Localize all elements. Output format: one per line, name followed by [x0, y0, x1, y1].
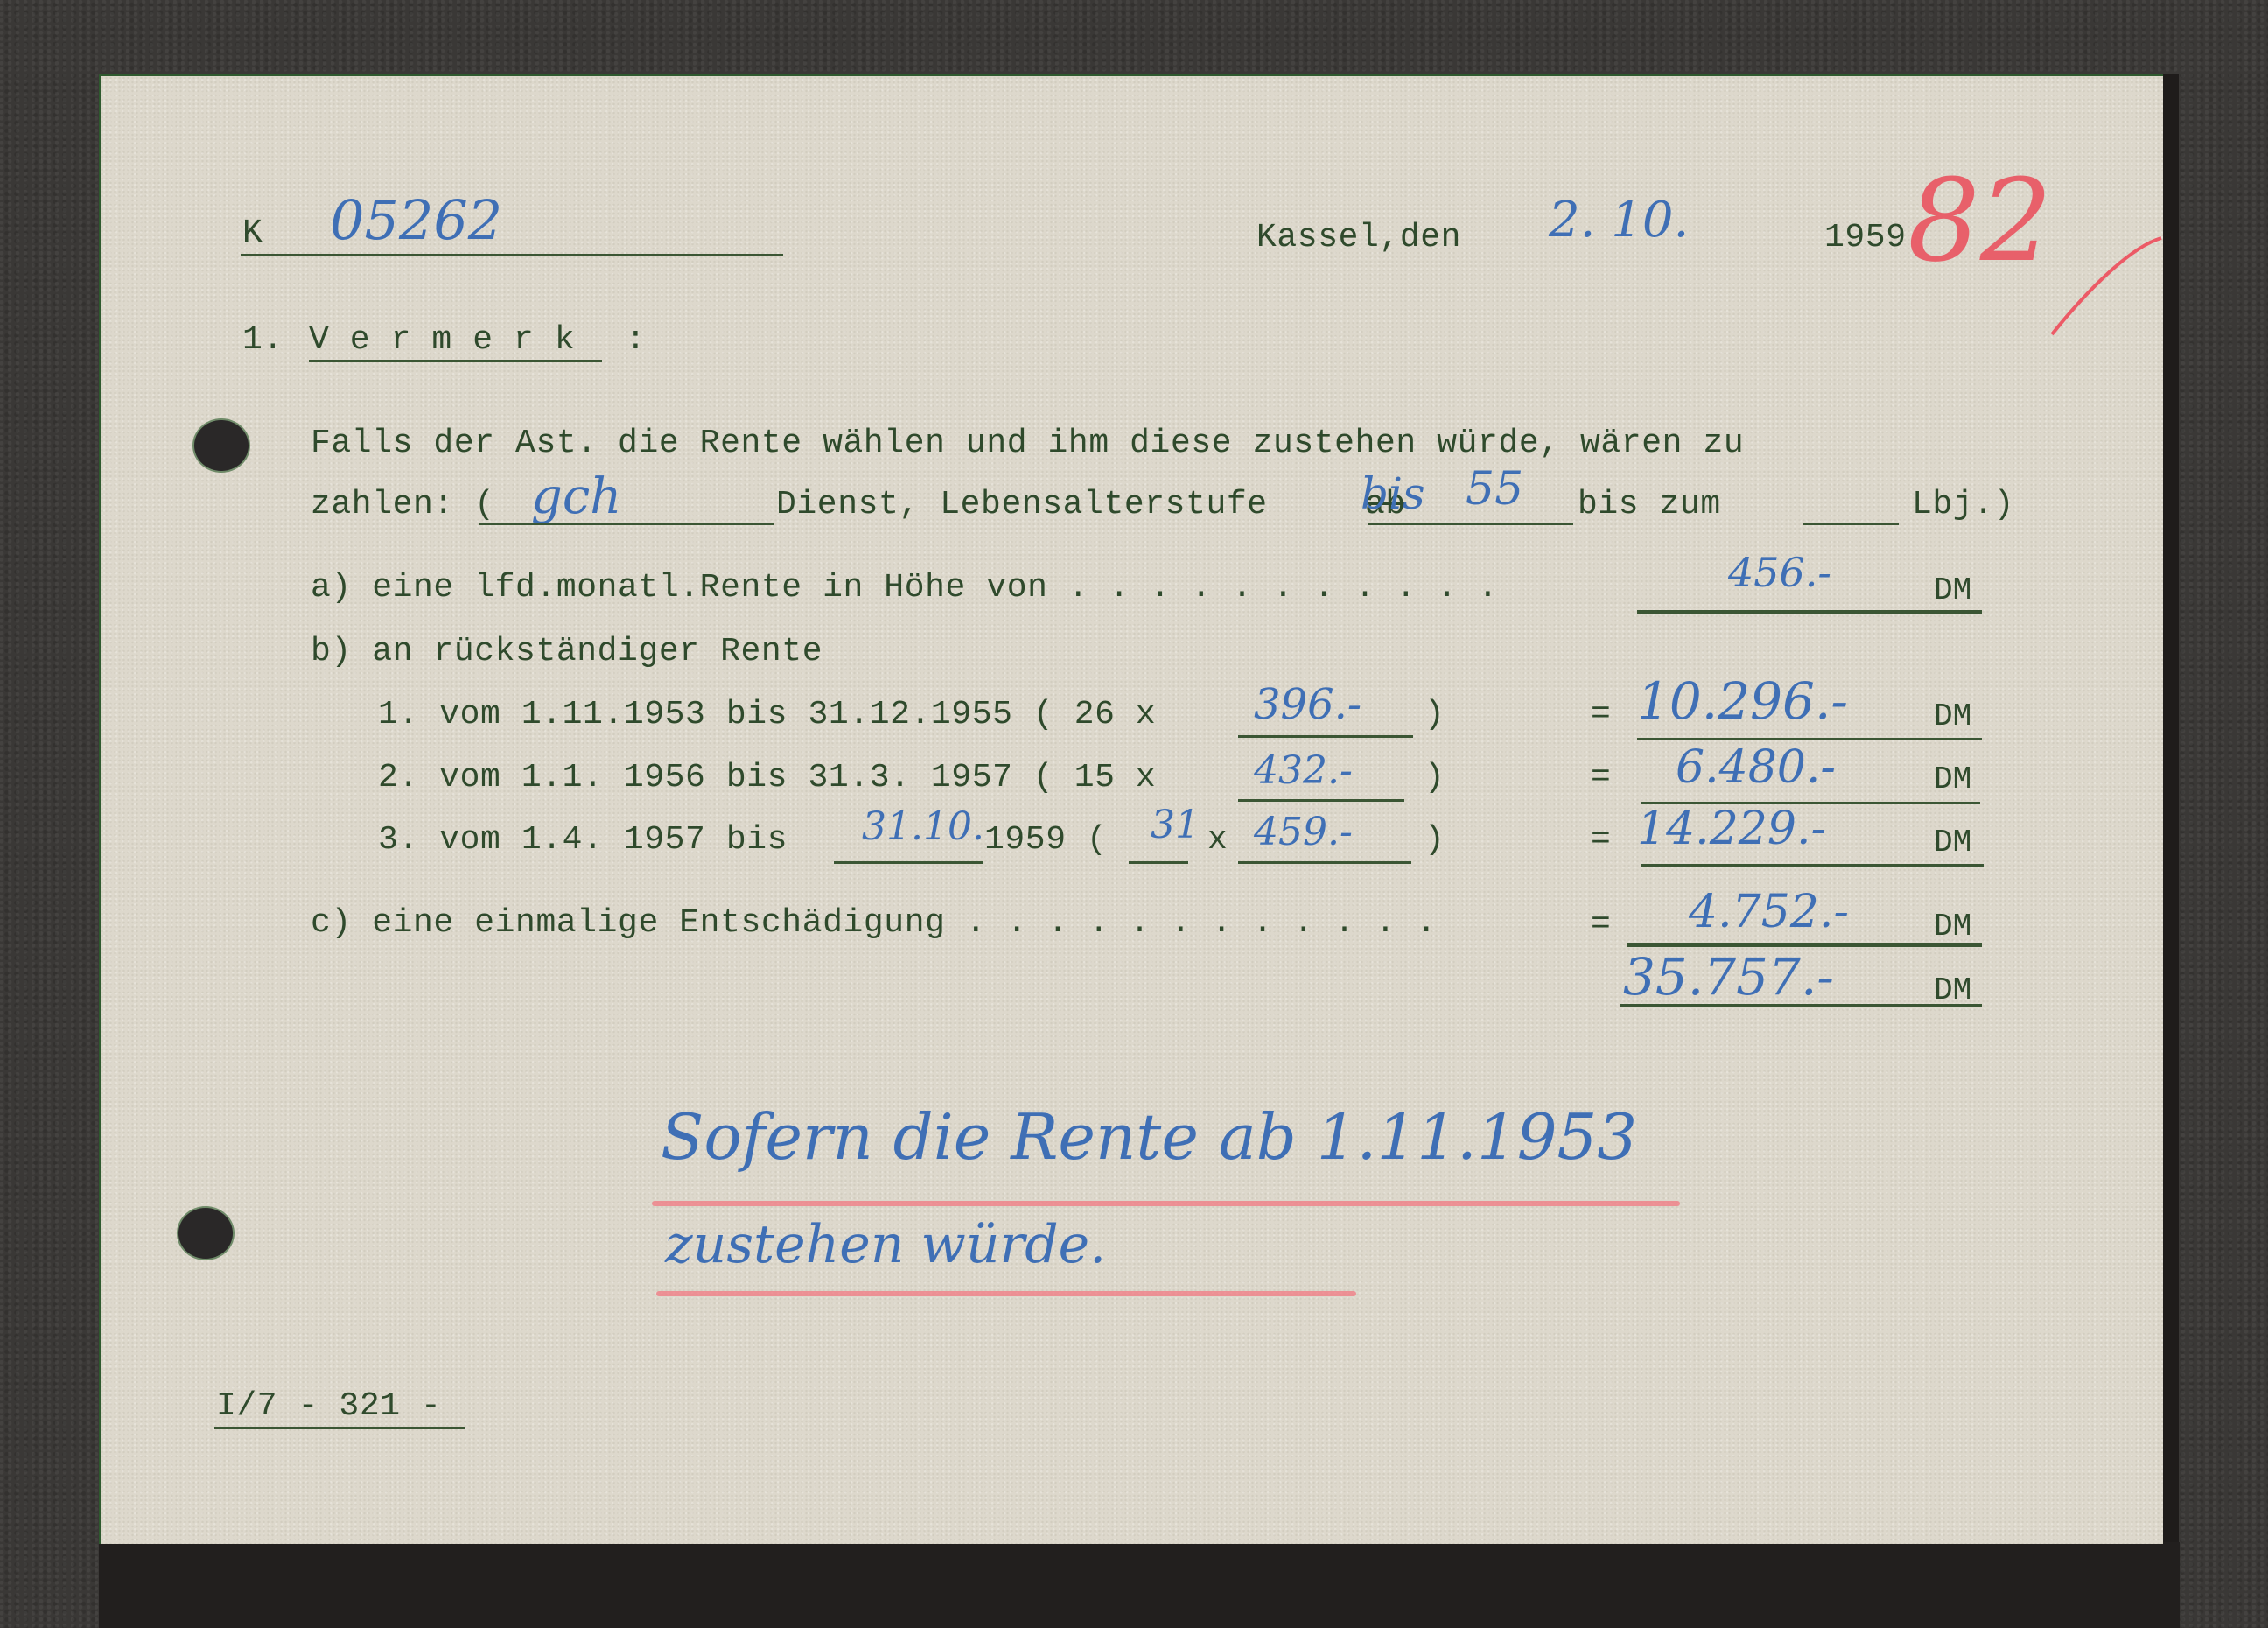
file-number-handwritten: 05262	[330, 188, 502, 252]
item-b3-text: 3. vom 1.4. 1957 bis	[378, 823, 787, 858]
red-pencil-stroke-icon	[1982, 159, 2166, 343]
until-label: bis zum	[1578, 488, 1721, 523]
item-a-underline	[1637, 610, 1982, 614]
until-age-blank	[1802, 523, 1899, 525]
item-b1-text: 1. vom 1.11.1953 bis 31.12.1955 ( 26 x	[378, 698, 1156, 733]
note-line-2: zustehen würde.	[665, 1214, 1106, 1275]
item-b-label: b) an rückständiger Rente	[311, 635, 822, 670]
age-underline	[1368, 523, 1573, 525]
item-b1-currency: DM	[1934, 699, 1971, 734]
item-b3-end-date-handwritten: 31.10.	[862, 804, 984, 849]
file-prefix: K	[242, 216, 262, 251]
item-b2-text: 2. vom 1.1. 1956 bis 31.3. 1957 ( 15 x	[378, 761, 1156, 796]
section-title: V e r m e r k	[309, 323, 575, 358]
service-underline	[479, 523, 774, 525]
item-c-label: c) eine einmalige Entschädigung . . . . …	[311, 906, 1437, 941]
item-b1-eq: =	[1591, 698, 1611, 733]
item-b3-months-handwritten: 31	[1151, 803, 1200, 847]
year: 1959	[1824, 221, 1907, 256]
item-a-label: a) eine lfd.monatl.Rente in Höhe von . .…	[311, 571, 1498, 606]
item-b3-rate: 459.-	[1254, 810, 1353, 854]
note-red-underline-1	[652, 1201, 1680, 1206]
binder-edge-bottom	[99, 1542, 2180, 1628]
ab-handwritten: bis	[1361, 468, 1425, 519]
punch-hole-icon	[194, 420, 248, 471]
item-c-currency: DM	[1934, 909, 1971, 944]
service-label: Dienst, Lebensalterstufe	[776, 488, 1268, 523]
item-b3-x: x	[1207, 823, 1228, 858]
total-amount: 35.757.-	[1623, 947, 1834, 1007]
intro-line-1: Falls der Ast. die Rente wählen und ihm …	[311, 426, 1744, 461]
note-line-1: Sofern die Rente ab 1.11.1953	[661, 1100, 1637, 1174]
item-b3-rate-underline	[1238, 861, 1411, 864]
item-b1-rate-underline	[1238, 735, 1413, 738]
item-b3-eq: =	[1591, 823, 1611, 858]
date-handwritten: 2. 10.	[1549, 192, 1689, 249]
item-b3-underline	[1641, 864, 1984, 867]
service-handwritten: gch	[531, 468, 621, 525]
item-b1-close: )	[1424, 698, 1445, 733]
total-currency: DM	[1934, 973, 1971, 1008]
item-b3-amount: 14.229.-	[1637, 803, 1826, 855]
intro-line-2-prefix: zahlen: (	[311, 488, 495, 523]
item-a-amount: 456.-	[1728, 549, 1831, 596]
item-b3-mid-text: 1959 (	[984, 823, 1107, 858]
item-b2-close: )	[1424, 761, 1445, 796]
item-b3-end-date-underline	[834, 861, 983, 864]
form-code-underline	[214, 1427, 465, 1429]
item-b1-rate: 396.-	[1254, 680, 1361, 729]
item-b2-amount: 6.480.-	[1676, 741, 1836, 794]
item-b1-amount: 10.296.-	[1637, 671, 1848, 731]
form-code: I/7 - 321 -	[216, 1389, 441, 1424]
file-number-underline	[241, 254, 783, 256]
punch-hole-icon	[178, 1208, 233, 1259]
lbj-label: Lbj.)	[1912, 488, 2014, 523]
note-red-underline-2	[656, 1291, 1356, 1296]
item-c-eq: =	[1591, 908, 1611, 943]
item-b3-months-underline	[1129, 861, 1188, 864]
section-title-underline	[309, 360, 602, 362]
item-b2-rate-underline	[1238, 799, 1404, 802]
age-handwritten: 55	[1466, 463, 1523, 516]
item-b2-currency: DM	[1934, 762, 1971, 797]
item-b2-eq: =	[1591, 761, 1611, 796]
document-page: K 05262 Kassel,den 2. 10. 1959 82 1. V e…	[99, 74, 2163, 1544]
item-b2-rate: 432.-	[1254, 748, 1353, 793]
place-label: Kassel,den	[1256, 221, 1461, 256]
section-colon: :	[626, 323, 646, 358]
item-b3-currency: DM	[1934, 825, 1971, 860]
item-a-currency: DM	[1934, 573, 1971, 608]
item-b3-close: )	[1424, 823, 1445, 858]
item-b1-underline	[1637, 738, 1982, 740]
item-c-amount: 4.752.-	[1689, 886, 1849, 938]
total-underline	[1620, 1004, 1982, 1007]
section-number: 1.	[242, 323, 283, 358]
